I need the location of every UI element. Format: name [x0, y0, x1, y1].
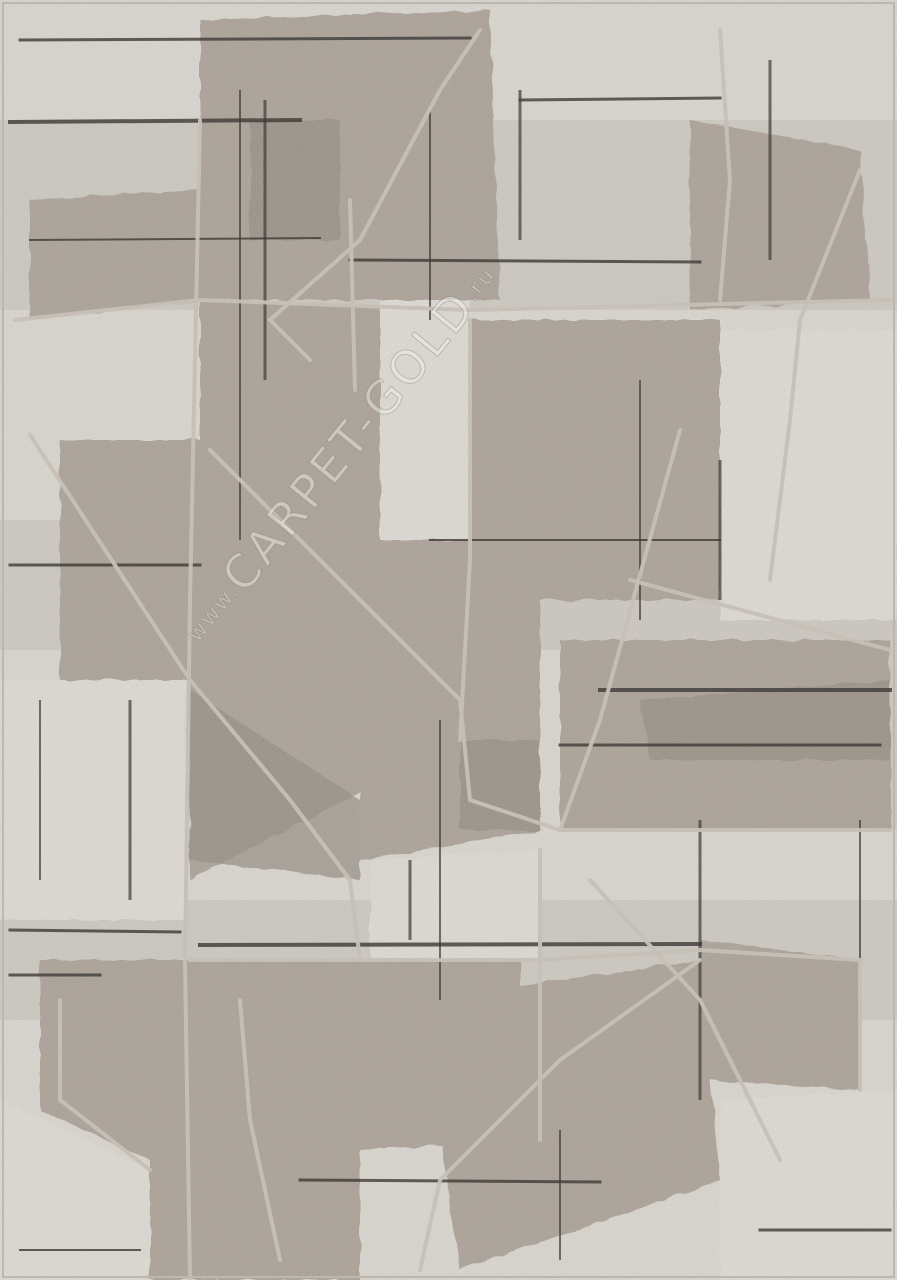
rug-photo: www.CARPET-GOLD.ru — [0, 0, 897, 1280]
rug-pattern — [0, 0, 897, 1280]
